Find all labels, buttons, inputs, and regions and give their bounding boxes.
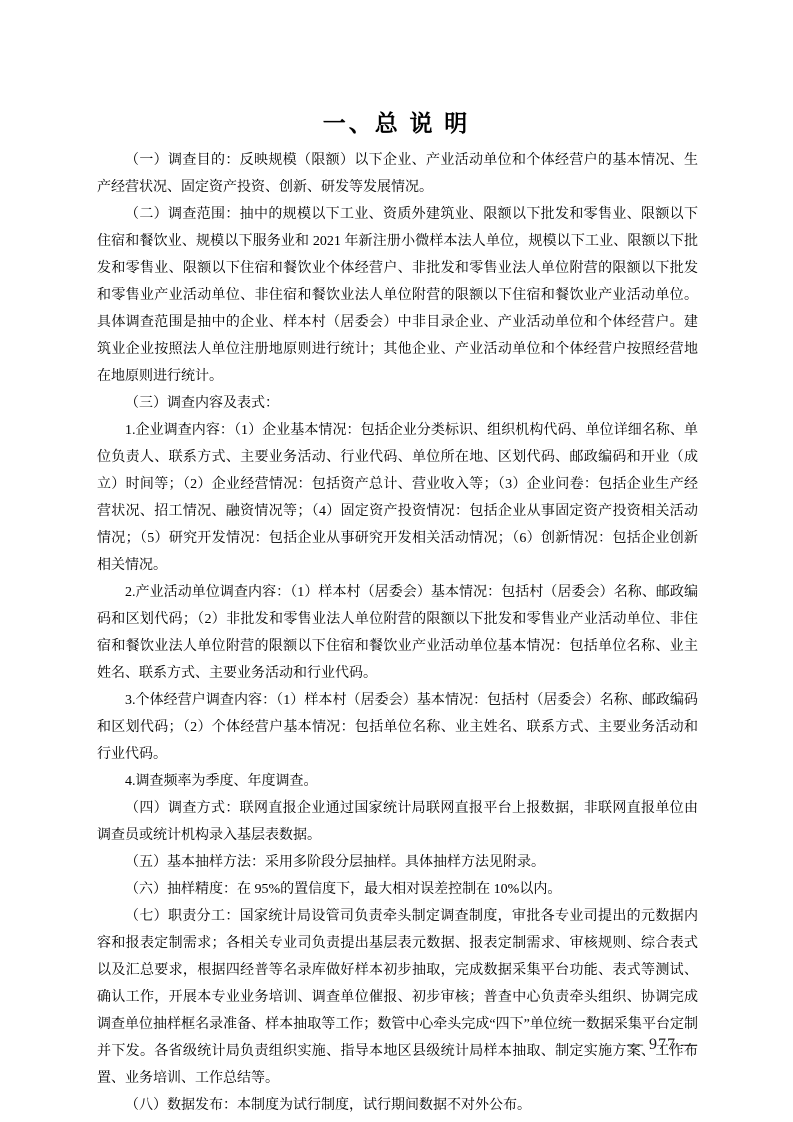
para-responsibilities: （七）职责分工：国家统计局设管司负责牵头制定调查制度，审批各专业司提出的元数据内… xyxy=(97,903,698,1092)
para-individual-content: 3.个体经营户调查内容：（1）样本村（居委会）基本情况：包括村（居委会）名称、邮… xyxy=(97,687,698,768)
document-page: 一、总 说 明 （一）调查目的：反映规模（限额）以下企业、产业活动单位和个体经营… xyxy=(0,0,793,1122)
para-survey-scope: （二）调查范围：抽中的规模以下工业、资质外建筑业、限额以下批发和零售业、限额以下… xyxy=(97,201,698,390)
para-sampling-precision: （六）抽样精度：在 95%的置信度下，最大相对误差控制在 10%以内。 xyxy=(97,876,698,903)
para-survey-content-head: （三）调查内容及表式： xyxy=(97,390,698,417)
page-number: — 977 — xyxy=(627,1036,698,1054)
para-enterprise-content: 1.企业调查内容：（1）企业基本情况：包括企业分类标识、组织机构代码、单位详细名… xyxy=(97,417,698,579)
para-survey-method: （四）调查方式：联网直报企业通过国家统计局联网直报平台上报数据，非联网直报单位由… xyxy=(97,795,698,849)
para-data-release: （八）数据发布：本制度为试行制度，试行期间数据不对外公布。 xyxy=(97,1092,698,1119)
page-title: 一、总 说 明 xyxy=(0,105,793,138)
para-survey-purpose: （一）调查目的：反映规模（限额）以下企业、产业活动单位和个体经营户的基本情况、生… xyxy=(97,147,698,201)
document-body: （一）调查目的：反映规模（限额）以下企业、产业活动单位和个体经营户的基本情况、生… xyxy=(97,147,698,1119)
para-industrial-unit-content: 2.产业活动单位调查内容：（1）样本村（居委会）基本情况：包括村（居委会）名称、… xyxy=(97,579,698,687)
para-sampling-method: （五）基本抽样方法：采用多阶段分层抽样。具体抽样方法见附录。 xyxy=(97,849,698,876)
para-survey-frequency: 4.调查频率为季度、年度调查。 xyxy=(97,768,698,795)
